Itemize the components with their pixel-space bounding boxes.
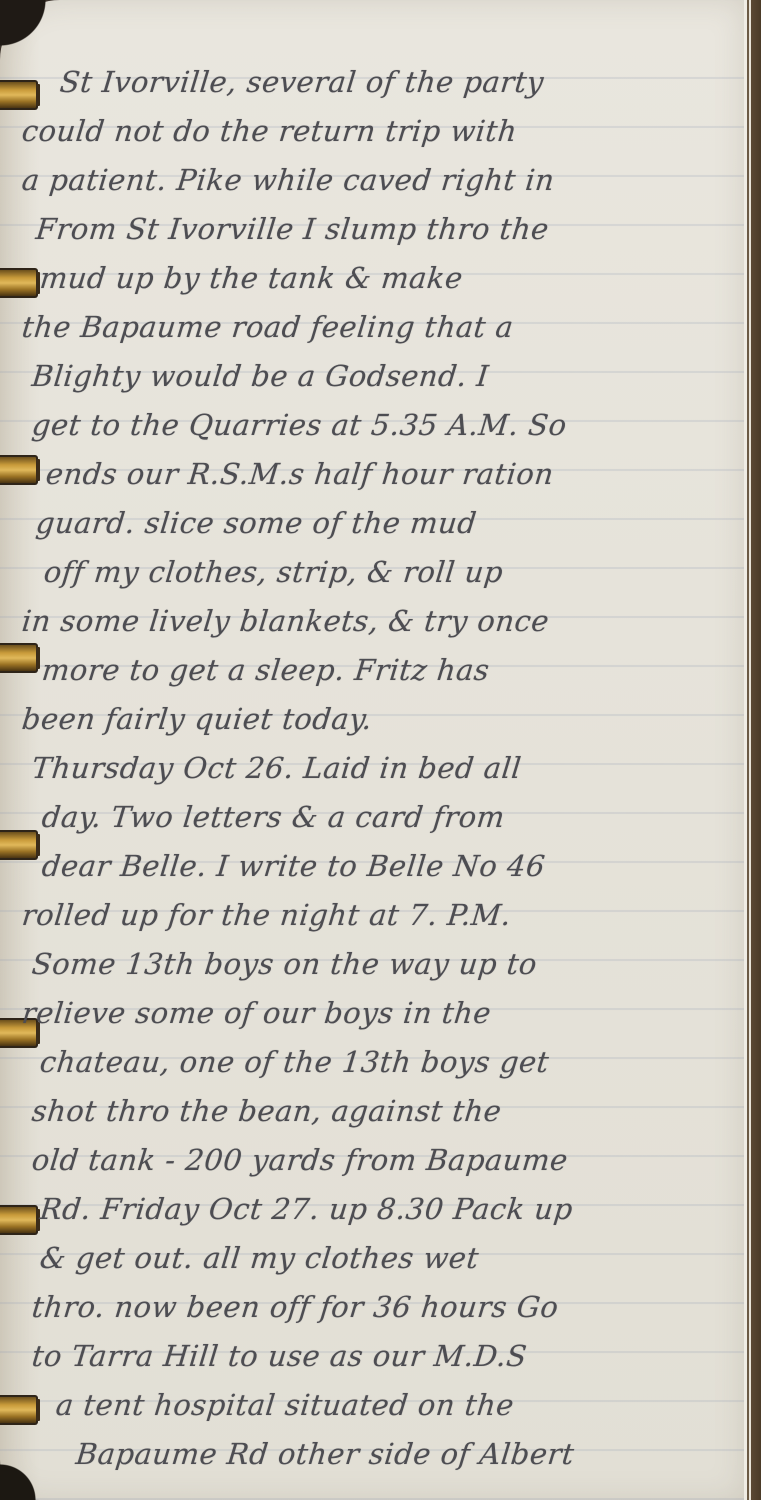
text-line: more to get a sleep. Fritz has [39, 646, 754, 695]
text-line: & get out. all my clothes wet [37, 1234, 752, 1283]
text-line: mud up by the tank & make [37, 254, 752, 303]
text-line: Some 13th boys on the way up to [29, 940, 744, 989]
text-line: ends our R.S.M.s half hour ration [43, 450, 758, 499]
text-line: rolled up for the night at 7. P.M. [19, 891, 734, 940]
text-line: a patient. Pike while caved right in [19, 156, 734, 205]
text-line: in some lively blankets, & try once [19, 597, 734, 646]
text-line: guard. slice some of the mud [33, 499, 748, 548]
text-line: off my clothes, strip, & roll up [41, 548, 756, 597]
text-line: to Tarra Hill to use as our M.D.S [29, 1332, 744, 1381]
page-stack-edge [744, 0, 761, 1500]
text-line: shot thro the bean, against the [29, 1087, 744, 1136]
text-line: From St Ivorville I slump thro the [33, 205, 748, 254]
text-line: thro. now been off for 36 hours Go [29, 1283, 744, 1332]
text-line: Bapaume Rd other side of Albert [73, 1430, 761, 1479]
notebook-photo: St Ivorville, several of the party could… [0, 0, 761, 1500]
diary-page: St Ivorville, several of the party could… [0, 0, 744, 1500]
text-line: day. Two letters & a card from [39, 793, 754, 842]
text-line: been fairly quiet today. [19, 695, 734, 744]
text-line: St Ivorville, several of the party [57, 58, 761, 107]
diary-entry-heading: Thursday Oct 26. Laid in bed all [29, 744, 744, 793]
handwritten-text: St Ivorville, several of the party could… [22, 58, 732, 1479]
text-line: the Bapaume road feeling that a [19, 303, 734, 352]
text-line: relieve some of our boys in the [19, 989, 734, 1038]
text-line: chateau, one of the 13th boys get [37, 1038, 752, 1087]
text-line: could not do the return trip with [19, 107, 734, 156]
text-line: Blighty would be a Godsend. I [29, 352, 744, 401]
text-line: old tank - 200 yards from Bapaume [29, 1136, 744, 1185]
text-line: dear Belle. I write to Belle No 46 [39, 842, 754, 891]
diary-entry-heading: Rd. Friday Oct 27. up 8.30 Pack up [37, 1185, 752, 1234]
text-line: get to the Quarries at 5.35 A.M. So [29, 401, 744, 450]
text-line: a tent hospital situated on the [53, 1381, 761, 1430]
